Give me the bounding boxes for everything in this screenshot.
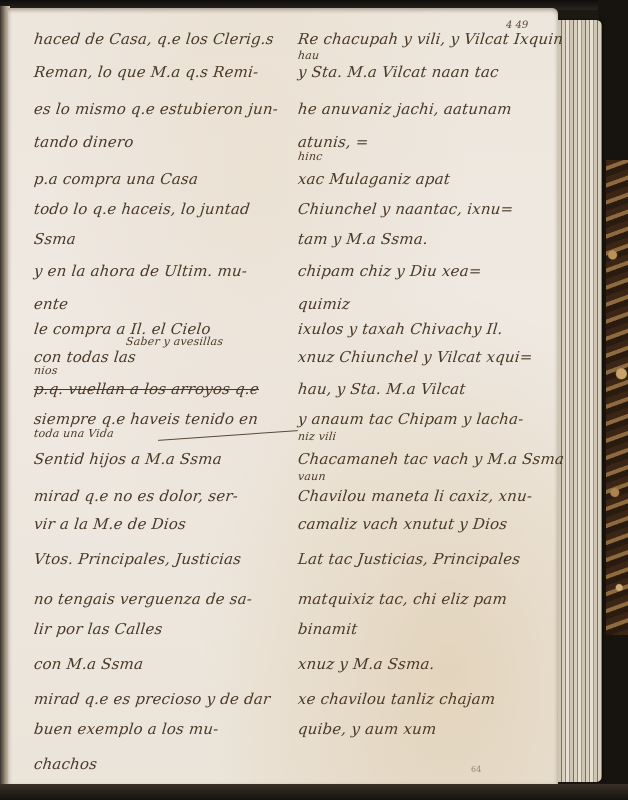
manuscript-line: hinc (297, 150, 323, 163)
manuscript-line: chachos (33, 755, 98, 773)
manuscript-line: ente (33, 295, 69, 313)
manuscript-line: camaliz vach xnutut y Dios (297, 515, 508, 533)
manuscript-line: todo lo q.e haceis, lo juntad (33, 200, 251, 218)
manuscript-line: haced de Casa, q.e los Clerig.s (33, 30, 275, 48)
manuscript-line: ixulos y taxah Chivachy Il. (297, 320, 504, 338)
manuscript-line: vaun (297, 470, 326, 483)
manuscript-page: 4 49 64 haced de Casa, q.e los Clerig.sR… (8, 8, 558, 784)
manuscript-line: quimiz (297, 295, 351, 313)
manuscript-line: y en la ahora de Ultim. mu- (33, 262, 248, 280)
manuscript-line: no tengais verguenza de sa- (33, 590, 253, 608)
manuscript-line: Vtos. Principales, Justicias (33, 550, 242, 568)
book-binding-bottom (0, 784, 628, 800)
marbled-endpaper (606, 160, 628, 635)
manuscript-line: tando dinero (33, 133, 134, 151)
manuscript-line: tam y M.a Ssma. (297, 230, 429, 248)
manuscript-line: binamit (297, 620, 358, 638)
manuscript-line: Lat tac Justicias, Principales (297, 550, 521, 568)
manuscript-line: mirad q.e es precioso y de dar (33, 690, 271, 708)
manuscript-line: toda una Vida (33, 427, 114, 440)
manuscript-line: p.a compra una Casa (33, 170, 199, 188)
manuscript-line: Re chacupah y vili, y Vilcat Ixquin (297, 30, 564, 48)
manuscript-line: siempre q.e haveis tenido en (33, 410, 259, 428)
manuscript-line: xac Mulaganiz apat (297, 170, 451, 188)
manuscript-line: Ssma (33, 230, 77, 248)
manuscript-line: Chiunchel y naantac, ixnu= (297, 200, 514, 218)
manuscript-line: xnuz Chiunchel y Vilcat xqui= (297, 348, 534, 366)
manuscript-line: Reman, lo que M.a q.s Remi- (33, 63, 259, 81)
interlinear-insertion: Saber y avesillas (125, 335, 224, 348)
manuscript-line: Chacamaneh tac vach y M.a Ssma (297, 450, 565, 468)
manuscript-line: y anaum tac Chipam y lacha- (297, 410, 524, 428)
pencil-mark: 64 (471, 765, 481, 774)
manuscript-line: buen exemplo a los mu- (33, 720, 219, 738)
manuscript-line: hau (297, 49, 320, 62)
manuscript-line: he anuvaniz jachi, aatunam (297, 100, 513, 118)
manuscript-line: hau, y Sta. M.a Vilcat (297, 380, 467, 398)
manuscript-line: quibe, y aum xum (297, 720, 437, 738)
manuscript-line: mirad q.e no es dolor, ser- (33, 487, 239, 505)
manuscript-line: y Sta. M.a Vilcat naan tac (297, 63, 500, 81)
ink-underline-stroke (158, 430, 298, 443)
manuscript-line: xe chavilou tanliz chajam (297, 690, 496, 708)
manuscript-line: lir por las Calles (33, 620, 163, 638)
manuscript-line: nios (33, 364, 58, 377)
struck-manuscript-line: p.q. vuellan a los arroyos q.e (33, 380, 260, 398)
manuscript-line: chipam chiz y Diu xea= (297, 262, 483, 280)
manuscript-line: atunis, = (297, 133, 370, 151)
manuscript-line: niz vili (297, 430, 337, 443)
manuscript-line: Chavilou maneta li caxiz, xnu- (297, 487, 533, 505)
manuscript-line: con M.a Ssma (33, 655, 144, 673)
manuscript-line: xnuz y M.a Ssma. (297, 655, 436, 673)
manuscript-line: matquixiz tac, chi eliz pam (297, 590, 508, 608)
manuscript-line: es lo mismo q.e estubieron jun- (33, 100, 279, 118)
manuscript-line: vir a la M.e de Dios (33, 515, 187, 533)
manuscript-line: Sentid hijos a M.a Ssma (33, 450, 223, 468)
